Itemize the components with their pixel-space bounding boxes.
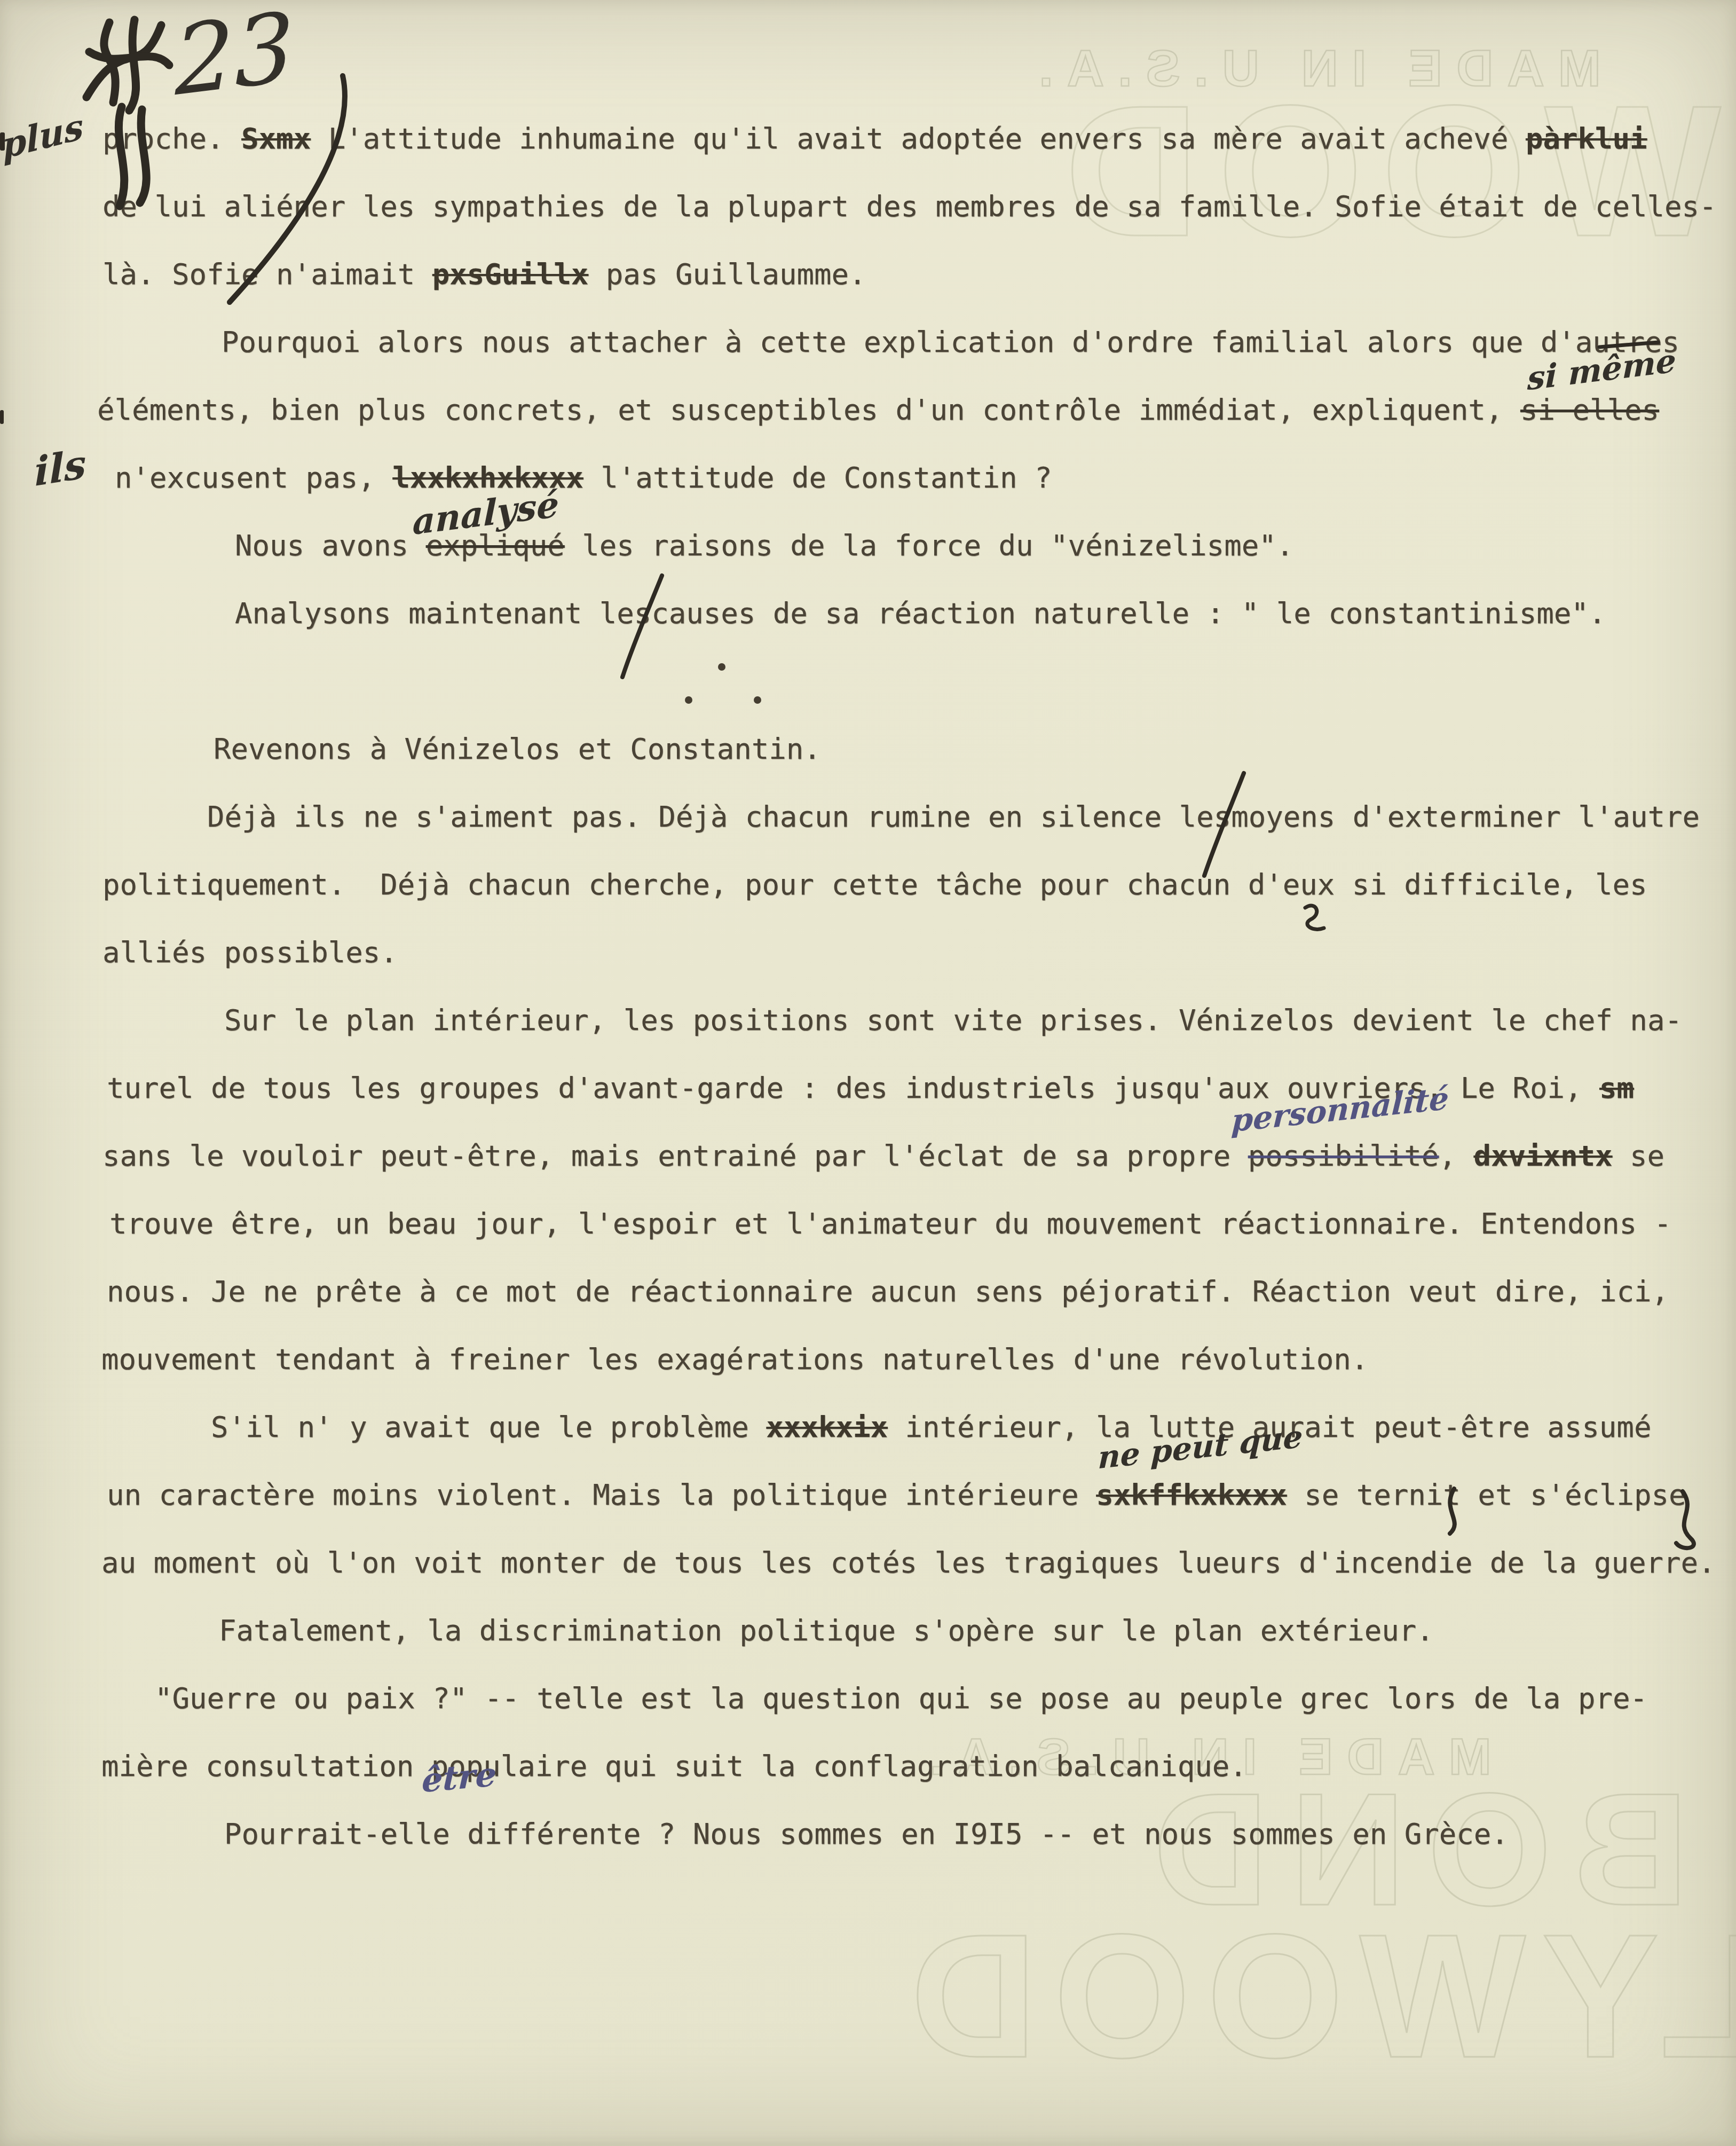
typed-text: un caractère moins violent. Mais la poli… [107, 1478, 1096, 1512]
manuscript-page: MADE IN U.S.A. HOLLYWOOD MADE IN U.S.A. … [0, 0, 1736, 2146]
typed-text: les raisons de la force du "vénizelisme"… [565, 529, 1293, 562]
typed-text: de lui aliéner les sympathies de la plup… [102, 190, 1717, 223]
divider-dot [754, 696, 761, 704]
typed-line: au moment où l'on voit monter de tous le… [0, 1529, 1736, 1597]
typed-line: Sur le plan intérieur, les positions son… [0, 986, 1736, 1054]
typed-text: Pourquoi alors nous attacher à cette exp… [222, 325, 1679, 359]
typed-line: là. Sofie n'aimait pxsGuillx pas Guillau… [0, 240, 1736, 308]
typed-line: Pourquoi alors nous attacher à cette exp… [0, 308, 1736, 376]
typed-line: nous. Je ne prête à ce mot de réactionna… [0, 1257, 1736, 1325]
typed-line: Déjà ils ne s'aiment pas. Déjà chacun ru… [0, 783, 1736, 851]
typed-text: Sur le plan intérieur, les positions son… [224, 1003, 1682, 1037]
typed-line: Fatalement, la discrimination politique … [0, 1597, 1736, 1664]
typed-text: Analysons maintenant les [235, 596, 651, 630]
typed-text: pas Guillaumme. [588, 257, 866, 291]
typed-text: proche. [102, 122, 241, 155]
typed-text: mière consultation populaire qui suit la… [101, 1749, 1247, 1783]
typed-text: S'il n' y avait que le problème [211, 1410, 766, 1444]
typed-line: n'excusent pas, lxxkxhxkxxx l'attitude d… [0, 444, 1736, 512]
typed-text: sans le vouloir peut-être, mais entrainé… [102, 1139, 1248, 1173]
typed-line: de lui aliéner les sympathies de la plup… [0, 172, 1736, 240]
typed-line: sans le vouloir peut-être, mais entrainé… [0, 1122, 1736, 1190]
typed-text: politiquement. Déjà chacun cherche, pour… [102, 868, 1647, 901]
section-divider [0, 647, 1736, 715]
struck-text: lxxkxhxkxxx [392, 461, 583, 494]
typed-line: un caractère moins violent. Mais la poli… [0, 1461, 1736, 1529]
typed-text: L'attitude inhumaine qu'il avait adoptée… [311, 122, 1526, 155]
struck-text: expliqué [426, 529, 565, 562]
watermark-hollywood-bottom: HOLLYWOOD [894, 1895, 1736, 2097]
watermark-made-in-usa-top: MADE IN U.S.A. [1025, 40, 1601, 98]
divider-dot [685, 696, 692, 704]
divider-dot [718, 663, 725, 671]
typed-text: l'attitude de Constantin ? [583, 461, 1052, 494]
typed-text: alliés possibles. [102, 936, 398, 969]
typed-line: mouvement tendant à freiner les exagérat… [0, 1325, 1736, 1393]
typed-text: se ternit et s'éclipse [1287, 1478, 1686, 1512]
typed-line: mière consultation populaire qui suit la… [0, 1732, 1736, 1800]
typed-text: , [1439, 1139, 1473, 1173]
typed-line: "Guerre ou paix ?" -- telle est la quest… [0, 1664, 1736, 1732]
struck-text: possibilité [1248, 1139, 1439, 1173]
typed-text: n'excusent pas, [115, 461, 392, 494]
typed-line: Revenons à Vénizelos et Constantin. [0, 715, 1736, 783]
struck-text: xxxkxix [766, 1410, 888, 1444]
typed-line: politiquement. Déjà chacun cherche, pour… [0, 851, 1736, 918]
typed-text: au moment où l'on voit monter de tous le… [101, 1546, 1716, 1579]
typed-text: moyens d'exterminer l'autre [1231, 800, 1700, 834]
typed-text: "Guerre ou paix ?" -- telle est la quest… [155, 1681, 1647, 1715]
struck-text: dxvixntx [1473, 1139, 1612, 1173]
typed-line: trouve être, un beau jour, l'espoir et l… [0, 1190, 1736, 1257]
typed-line: Nous avons expliqué les raisons de la fo… [0, 512, 1736, 579]
struck-text: Sxmx [241, 122, 311, 155]
typed-text: intérieur, la lutte aurait peut-être ass… [888, 1410, 1651, 1444]
handwritten-page-number: 23 [173, 0, 295, 117]
typescript-body: proche. Sxmx L'attitude inhumaine qu'il … [0, 105, 1736, 1868]
typed-line: alliés possibles. [0, 918, 1736, 986]
typed-text: Déjà ils ne s'aiment pas. Déjà chacun ru… [207, 800, 1231, 834]
typed-line: éléments, bien plus concrets, et suscept… [0, 376, 1736, 444]
typed-line: S'il n' y avait que le problème xxxkxix … [0, 1393, 1736, 1461]
typed-line: Pourrait-elle différente ? Nous sommes e… [0, 1800, 1736, 1868]
struck-text: sxkffkxkxxx [1096, 1478, 1287, 1512]
typed-line: proche. Sxmx L'attitude inhumaine qu'il … [0, 105, 1736, 172]
typed-text: Nous avons [235, 529, 426, 562]
typed-text: Revenons à Vénizelos et Constantin. [214, 732, 821, 766]
typed-text: nous. Je ne prête à ce mot de réactionna… [107, 1275, 1669, 1308]
typed-text: Pourrait-elle différente ? Nous sommes e… [224, 1817, 1509, 1851]
struck-text: sm [1599, 1071, 1634, 1105]
typed-text: là. Sofie n'aimait [102, 257, 432, 291]
struck-text: pàrklui [1526, 122, 1647, 155]
typed-text: causes de sa réaction naturelle : " le c… [651, 596, 1606, 630]
typed-text: éléments, bien plus concrets, et suscept… [97, 393, 1520, 427]
typed-text: mouvement tendant à freiner les exagérat… [101, 1342, 1368, 1376]
struck-text: pxsGuillx [432, 257, 589, 291]
typed-line: Analysons maintenant lescauses de sa réa… [0, 579, 1736, 647]
struck-text: si elles [1520, 393, 1659, 427]
typed-text: Fatalement, la discrimination politique … [219, 1614, 1434, 1647]
typed-text: turel de tous les groupes d'avant-garde … [107, 1071, 1599, 1105]
typed-text: se [1612, 1139, 1664, 1173]
scan-artifact [0, 410, 4, 424]
typed-text: trouve être, un beau jour, l'espoir et l… [109, 1207, 1671, 1240]
scan-artifact [0, 132, 5, 151]
typed-line: turel de tous les groupes d'avant-garde … [0, 1054, 1736, 1122]
